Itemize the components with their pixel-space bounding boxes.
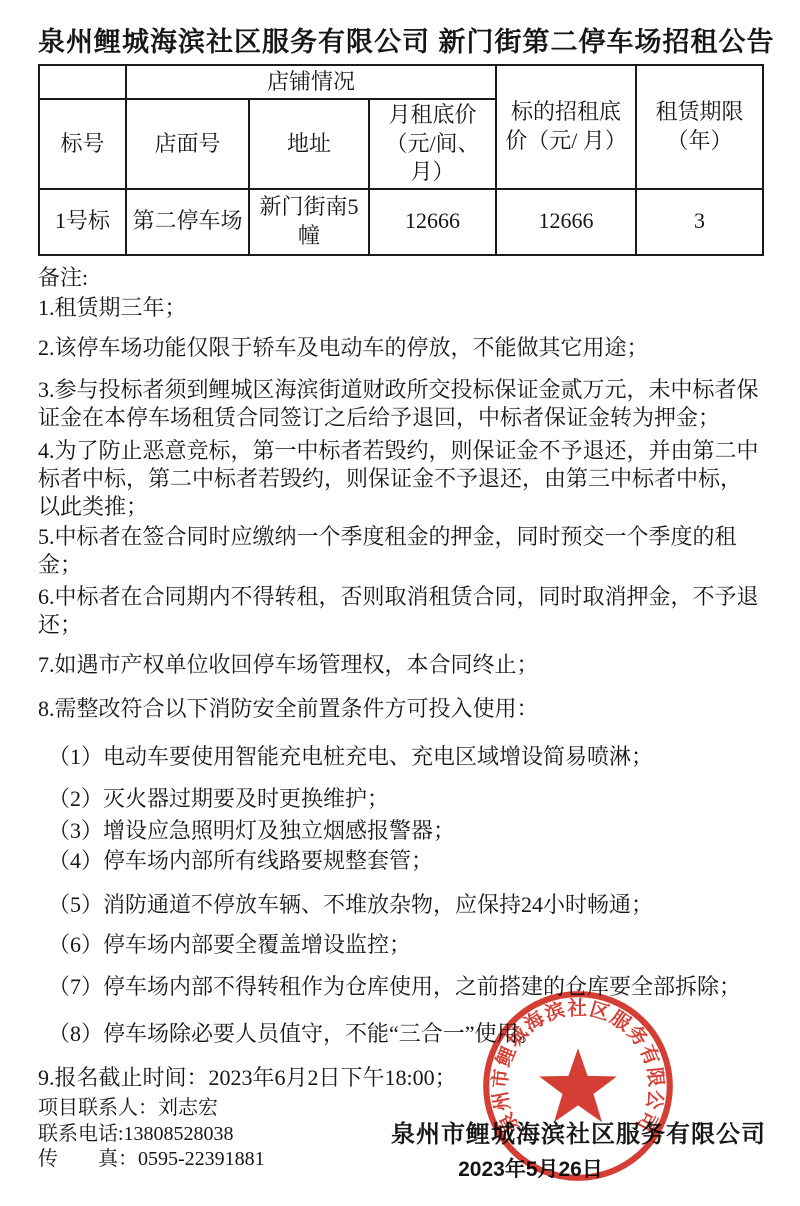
note-item: 7.如遇市产权单位收回停车场管理权，本合同终止；: [38, 651, 762, 679]
signature-block: 泉州市鲤城海滨社区服务有限公司 2023年5月26日: [391, 1114, 766, 1183]
note-item: 5.中标者在签合同时应缴纳一个季度租金的押金，同时预交一个季度的租金；: [38, 523, 762, 579]
note-item: 1.租赁期三年；: [38, 294, 762, 322]
note-item: （5）消防通道不停放车辆、不堆放杂物，应保持24小时畅通；: [38, 891, 762, 919]
note-item: （6）停车场内部要全覆盖增设监控；: [38, 931, 762, 959]
note-item: （4）停车场内部所有线路要规整套管；: [38, 847, 762, 875]
col-header-bid-no: 标号: [39, 99, 126, 189]
cell-target-price: 12666: [496, 189, 636, 255]
bid-table: 店铺情况 标的招租底价（元/ 月） 租赁期限（年） 标号 店面号 地址 月租底价…: [38, 64, 764, 256]
notes-list: 1.租赁期三年；2.该停车场功能仅限于轿车及电动车的停放，不能做其它用途；3.参…: [38, 294, 762, 1093]
note-item: 4.为了防止恶意竞标，第一中标者若毁约，则保证金不予退还，并由第二中标者中标，第…: [38, 437, 762, 521]
signature-company: 泉州市鲤城海滨社区服务有限公司: [391, 1114, 766, 1149]
cell-monthly-price: 12666: [369, 189, 496, 255]
note-item: 9.报名截止时间：2023年6月2日下午18:00；: [38, 1064, 762, 1092]
table-corner-cell: [39, 65, 126, 99]
note-item: （7）停车场内部不得转租作为仓库使用，之前搭建的仓库要全部拆除；: [38, 973, 762, 1001]
cell-lease-term: 3: [636, 189, 763, 255]
note-item: （3）增设应急照明灯及独立烟感报警器；: [38, 817, 762, 845]
notes-label: 备注:: [38, 264, 762, 292]
table-group-header: 店铺情况: [126, 65, 496, 99]
cell-bid-no: 1号标: [39, 189, 126, 255]
signature-date: 2023年5月26日: [343, 1153, 718, 1183]
col-header-shop-no: 店面号: [126, 99, 249, 189]
col-header-lease-term: 租赁期限（年）: [636, 65, 763, 189]
note-item: （2）灭火器过期要及时更换维护；: [38, 785, 762, 813]
note-item: 6.中标者在合同期内不得转租，否则取消租赁合同，同时取消押金，不予退还；: [38, 583, 762, 639]
cell-shop-no: 第二停车场: [126, 189, 249, 255]
table-row: 1号标 第二停车场 新门街南5幢 12666 12666 3: [39, 189, 763, 255]
cell-address: 新门街南5幢: [249, 189, 369, 255]
note-item: 2.该停车场功能仅限于轿车及电动车的停放，不能做其它用途；: [38, 334, 762, 362]
announcement-document: 泉州鲤城海滨社区服务有限公司 新门街第二停车场招租公告 店铺情况 标的招租底价（…: [0, 0, 800, 1206]
col-header-monthly-price: 月租底价（元/间、月）: [369, 99, 496, 189]
page-title: 泉州鲤城海滨社区服务有限公司 新门街第二停车场招租公告: [38, 20, 762, 59]
note-item: （1）电动车要使用智能充电桩充电、充电区域增设简易喷淋；: [38, 743, 762, 771]
note-item: （8）停车场除必要人员值守，不能“三合一”使用。: [38, 1020, 762, 1048]
notes-section: 备注: 1.租赁期三年；2.该停车场功能仅限于轿车及电动车的停放，不能做其它用途…: [38, 264, 762, 1093]
table-header-row-1: 店铺情况 标的招租底价（元/ 月） 租赁期限（年）: [39, 65, 763, 99]
col-header-address: 地址: [249, 99, 369, 189]
col-header-target-price: 标的招租底价（元/ 月）: [496, 65, 636, 189]
note-item: 8.需整改符合以下消防安全前置条件方可投入使用：: [38, 695, 762, 723]
note-item: 3.参与投标者须到鲤城区海滨街道财政所交投标保证金贰万元，未中标者保证金在本停车…: [38, 376, 762, 432]
